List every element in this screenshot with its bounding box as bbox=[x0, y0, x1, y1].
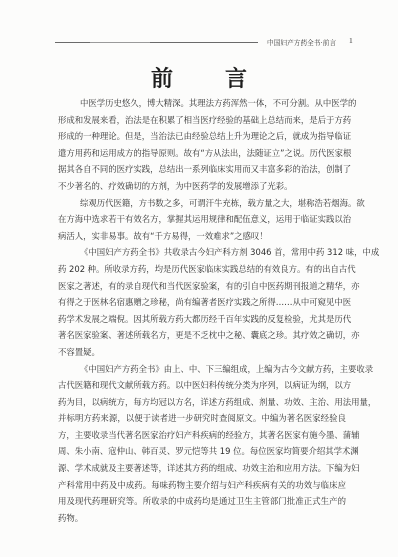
paragraph-3-line: 著名医家验案、著述所载名方，更是不乏枕中之秘、囊底之珍。其疗效之确切，亦 bbox=[58, 327, 346, 344]
paragraph-4-line: 周、朱小南、寇仲山、韩百灵、罗元恺等共 19 位。每位医家均简要介绍其学术渊 bbox=[58, 443, 346, 460]
paragraph-2-line: 病活人，实非易事。故有“千方易得，一效难求”之感叹！ bbox=[58, 228, 346, 245]
paragraph-4-line: 《中国妇产方药全书》由上、中、下三编组成，上编为古今文献方药，主要收录 bbox=[80, 361, 346, 378]
paragraph-1-line: 形成的一种理论。但是，当治法已由经验总结上升为理论之后，就成为指导临证 bbox=[58, 128, 346, 145]
paragraph-4-line: 方，主要收录当代著名医家治疗妇产科疾病的经验方，其著名医家有施今墨、蒲辅 bbox=[58, 427, 346, 444]
paragraph-1-line: 遣方用药和运用成方的指导原则。故有“方从法出，法随证立”之说。历代医家根 bbox=[58, 145, 346, 162]
page-number: 1 bbox=[349, 36, 353, 45]
paragraph-3-line: 有得之于医林名宿惠赠之珍秘，尚有编著者医疗实践之所得……从中可窥见中医 bbox=[58, 294, 346, 311]
paragraph-4-line: 并标明方药来源，以便于读者进一步研究时查阅原文。中编为著名医家经验良 bbox=[58, 410, 346, 427]
running-title: 中国妇产方药全书·前言 bbox=[267, 37, 336, 47]
paragraph-4-line: 用及现代药理研究等。所收录的中成药均是通过卫生主管部门批准正式生产的 bbox=[58, 493, 346, 510]
paragraph-4-line: 产科常用中药及中成药。每味药物主要介绍与妇产科疾病有关的功效与临床应 bbox=[58, 477, 346, 494]
paragraph-4-line: 源、学术成就及主要著述等，详述其方药的组成、功效主治和应用方法。下编为妇 bbox=[58, 460, 346, 477]
header-rule bbox=[55, 42, 258, 43]
paragraph-2-line: 综观历代医籍，方书数之多，可谓汗牛充栋，载方量之大，堪称浩若烟海。欲 bbox=[80, 195, 346, 212]
paragraph-1-line: 据其各自不同的医疗实践，总结出一系列临床实用而又丰富多彩的治法，创制了 bbox=[58, 161, 346, 178]
paragraph-4-line: 药为目，以病统方，每方均冠以方名，详述方药组成、剂量、功效、主治、用法用量， bbox=[58, 394, 346, 411]
paragraph-1-line: 中医学历史悠久，博大精深。其理法方药浑然一体，不可分割。从中医学的 bbox=[80, 95, 346, 112]
paragraph-2-line: 在方海中选求若干有效名方，掌握其运用规律和配伍意义，运用于临证实践以治 bbox=[58, 211, 346, 228]
paragraph-4-line: 药物。 bbox=[58, 510, 346, 527]
paragraph-3-line: 药 202 种。所收录方药，均是历代医家临床实践总结的有效良方。有的出自古代 bbox=[58, 261, 346, 278]
paragraph-4-line: 古代医籍和现代文献所载方药。以中医妇科传统分类为序列，以病证为纲，以方 bbox=[58, 377, 346, 394]
paragraph-1-line: 形成和发展来看，治法是在积累了相当医疗经验的基础上总结而来，是后于方药 bbox=[58, 112, 346, 129]
body-text: 中医学历史悠久，博大精深。其理法方药浑然一体，不可分割。从中医学的 形成和发展来… bbox=[0, 95, 398, 526]
running-header: 中国妇产方药全书·前言 1 bbox=[0, 36, 398, 48]
paragraph-3-line: 不容置疑。 bbox=[58, 344, 346, 361]
page-title: 前言 bbox=[0, 66, 398, 94]
paragraph-1-line: 不少著名的、疗效确切的方剂，为中医药学的发展增添了光彩。 bbox=[58, 178, 346, 195]
paragraph-3-line: 药学术发展之端倪。因其所载方药大都历经千百年实践的反复检验，尤其是历代 bbox=[58, 311, 346, 328]
paragraph-3-line: 《中国妇产方药全书》共收录古今妇产科方剂 3046 首，常用中药 312 味，中… bbox=[80, 244, 346, 261]
paragraph-3-line: 医家之著述，有的录自现代和当代医家验案，有的引自中医药期刊报道之精华，亦 bbox=[58, 278, 346, 295]
